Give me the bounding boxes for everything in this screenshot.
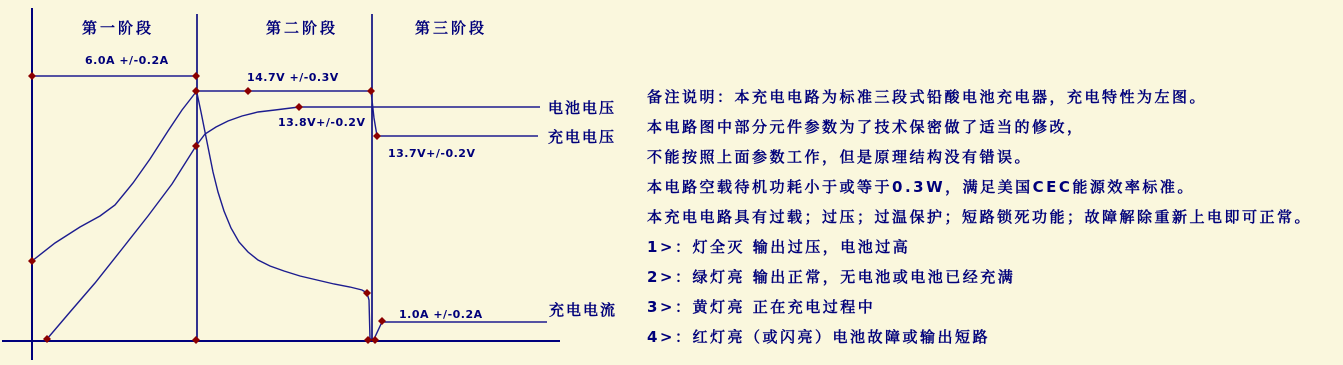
stage-2-label: 第二阶段 xyxy=(266,19,338,37)
battery-full-label: 13.8V+/-0.2V xyxy=(278,116,365,129)
note-line-5: 本充电电路具有过载；过压；过温保护；短路锁死功能；故障解除重新上电即可正常。 xyxy=(647,202,1343,232)
marker xyxy=(378,317,386,325)
charge-voltage-plateau-float-line xyxy=(196,91,538,136)
stage-boundary-lines xyxy=(197,14,372,341)
note-line-8: 3>：黄灯亮 正在充电过程中 xyxy=(647,292,1343,322)
marker xyxy=(295,103,303,111)
battery-voltage-curve xyxy=(47,107,540,339)
marker xyxy=(364,336,372,344)
float-current-label: 1.0A +/-0.2A xyxy=(399,308,483,321)
marker xyxy=(373,132,381,140)
charge-voltage-rise-curve xyxy=(32,92,196,261)
marker xyxy=(244,87,252,95)
note-line-1: 备注说明：本充电电路为标准三段式铅酸电池充电器，充电特性为左图。 xyxy=(647,82,1343,112)
notes-block: 备注说明：本充电电路为标准三段式铅酸电池充电器，充电特性为左图。 本电路图中部分… xyxy=(647,82,1343,352)
marker xyxy=(192,336,200,344)
marker xyxy=(367,87,375,95)
note-line-7: 2>：绿灯亮 输出正常，无电池或电池已经充满 xyxy=(647,262,1343,292)
charging-curve-chart: 第一阶段 第二阶段 第三阶段 6.0A +/-0.2A 14.7V +/-0.3… xyxy=(0,0,660,365)
note-line-2: 本电路图中部分元件参数为了技术保密做了适当的修改， xyxy=(647,112,1343,142)
marker xyxy=(192,87,200,95)
legend-charge-voltage: 充电电压 xyxy=(548,128,616,146)
stage-1-label: 第一阶段 xyxy=(82,19,154,37)
marker xyxy=(28,72,36,80)
legend-battery-voltage: 电池电压 xyxy=(548,99,616,117)
note-line-4: 本电路空载待机功耗小于或等于0.3W，满足美国CEC能源效率标准。 xyxy=(647,172,1343,202)
note-line-6: 1>：灯全灭 输出过压，电池过高 xyxy=(647,232,1343,262)
marker xyxy=(363,289,371,297)
data-point-markers xyxy=(28,72,386,344)
stage-3-label: 第三阶段 xyxy=(415,19,487,37)
note-line-9: 4>：红灯亮（或闪亮）电池故障或输出短路 xyxy=(647,322,1343,352)
charging-characteristic-figure: 第一阶段 第二阶段 第三阶段 6.0A +/-0.2A 14.7V +/-0.3… xyxy=(0,0,1343,365)
marker xyxy=(192,72,200,80)
cv-voltage-label: 14.7V +/-0.3V xyxy=(247,71,339,84)
cc-current-label: 6.0A +/-0.2A xyxy=(85,54,169,67)
note-line-3: 不能按照上面参数工作，但是原理结构没有错误。 xyxy=(647,142,1343,172)
legend-charge-current: 充电电流 xyxy=(549,301,617,319)
float-voltage-label: 13.7V+/-0.2V xyxy=(388,147,475,160)
